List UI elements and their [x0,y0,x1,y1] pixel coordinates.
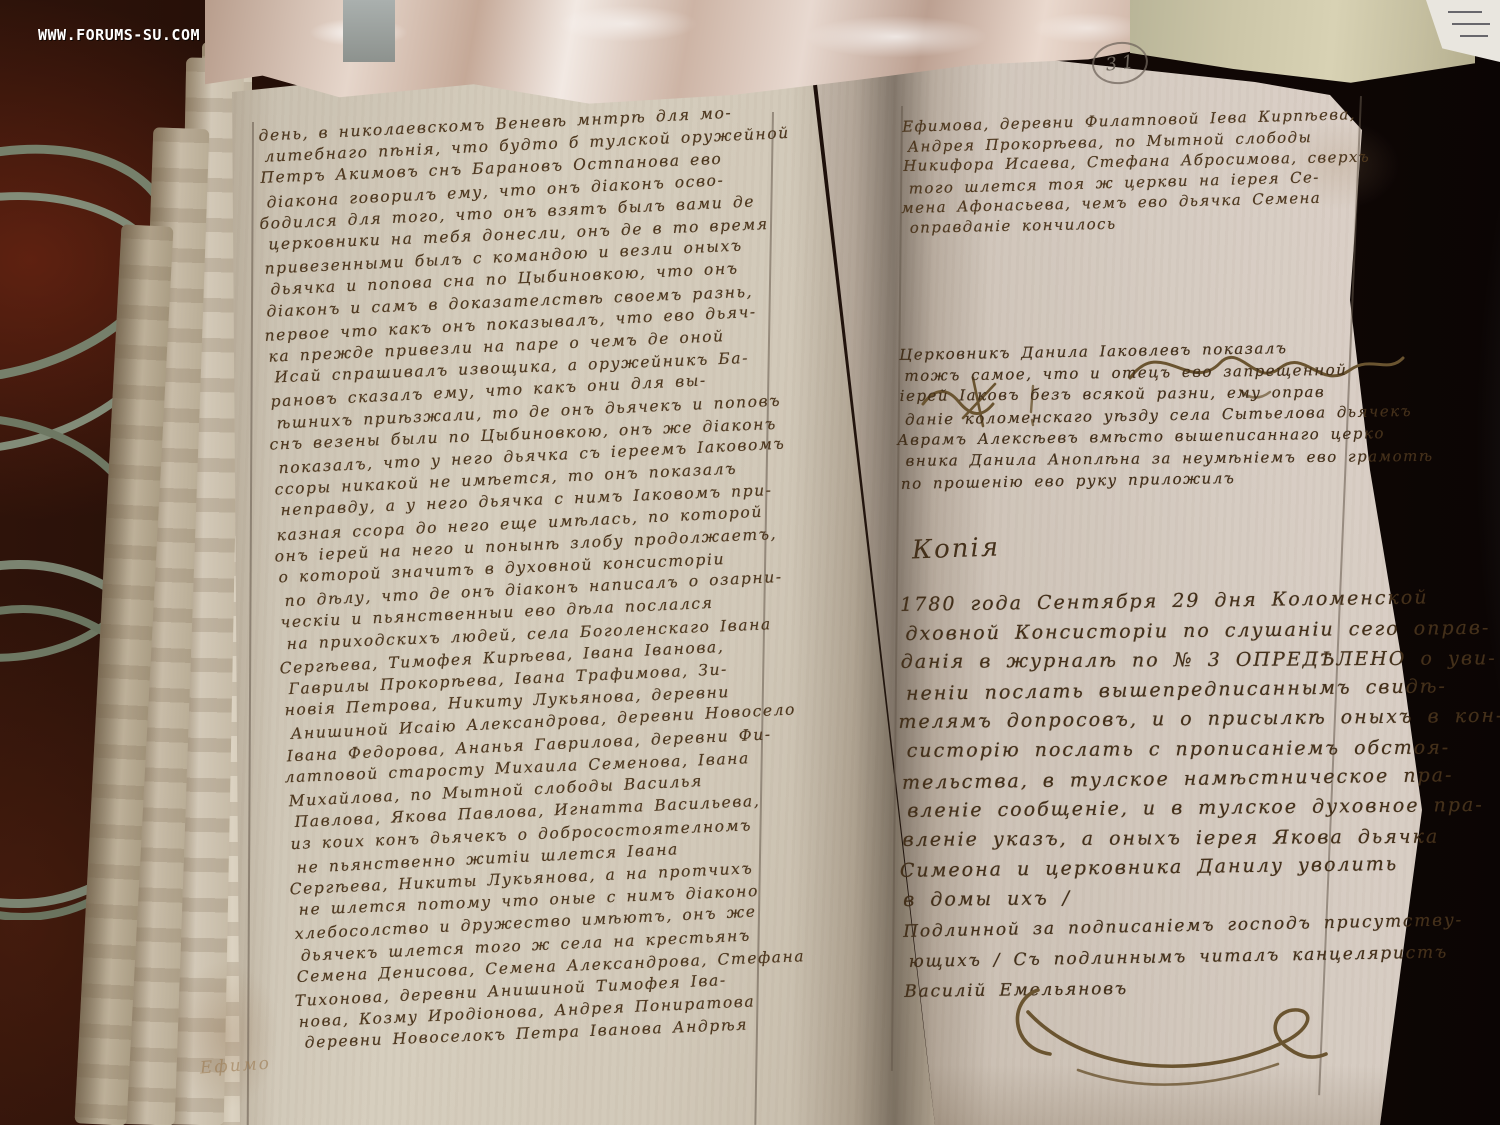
watermark: WWW.FORUMS-SU.COM [38,26,200,44]
text-line: данія в журналѣ по № 3 ОПРЕДѢЛЕНО о уви- [901,645,1391,678]
right-page-decision-text: 1780 года Сентября 29 дня Коломенскойдхо… [900,585,1393,916]
right-page-paragraph-2: Церковникъ Данила Іаковлевъ показалътожъ… [899,337,1381,494]
page-number: 31 [1100,50,1139,75]
left-page-text: день, в николаевскомъ Веневѣ мнтрѣ для м… [258,101,815,1056]
manuscript-photo: день, в николаевскомъ Веневѣ мнтрѣ для м… [0,0,1500,1125]
signature-flourish [1008,982,1338,1092]
text-line: дховной Консисторіи по слушаніи сего опр… [905,614,1390,649]
copy-heading: Копія [912,532,1001,565]
right-page-paragraph-1: Ефимова, деревни Филатповой Іева Кирпѣев… [902,105,1370,239]
text-line: систорію послать с прописаніемъ обстоя- [907,734,1392,767]
paper-edge [343,0,395,62]
paper-corner-scribbles [1438,4,1498,48]
text-line: тельства, в тулское намѣстническое пра- [902,762,1392,798]
paper-stain [170,960,280,1110]
